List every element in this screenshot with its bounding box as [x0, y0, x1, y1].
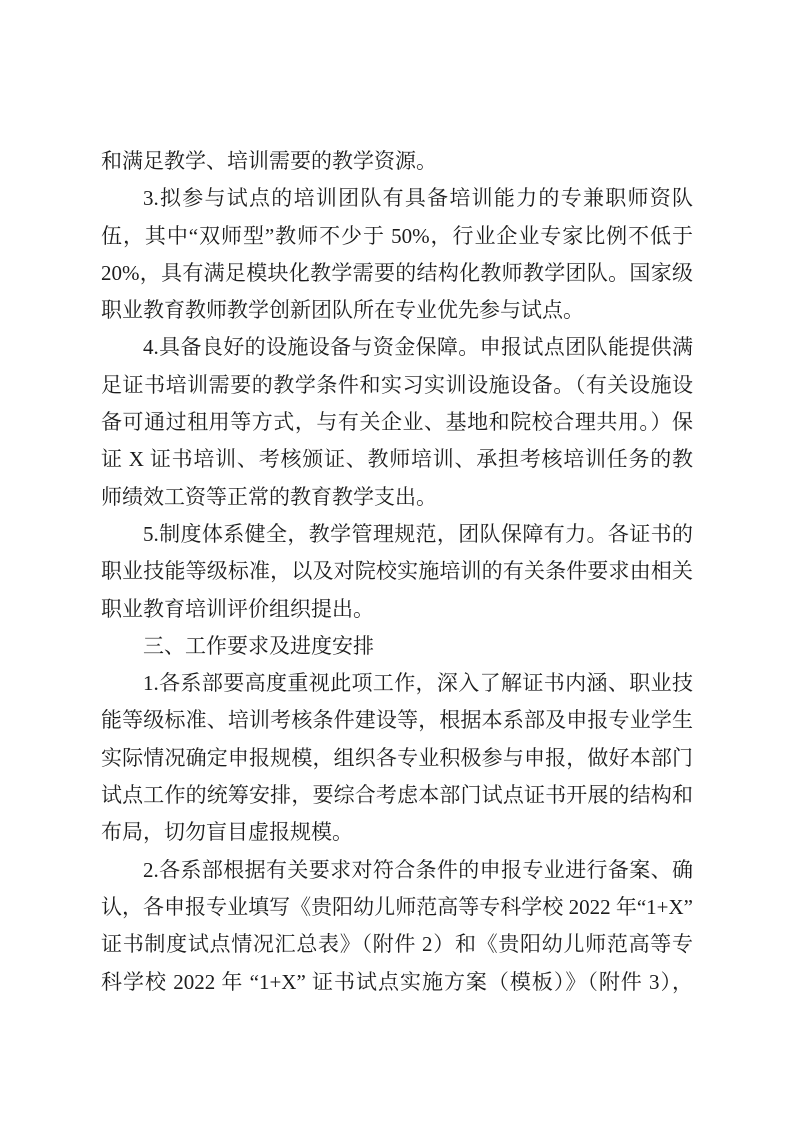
- text-line: 证 X 证书培训、考核颁证、教师培训、承担考核培训任务的教: [101, 441, 693, 478]
- text-line: 足证书培训需要的教学条件和实习实训设施设备。（有关设施设: [101, 367, 693, 404]
- text-line: 1.各系部要高度重视此项工作，深入了解证书内涵、职业技: [101, 665, 693, 702]
- text-line: 伍，其中“双师型”教师不少于 50%，行业企业专家比例不低于: [101, 218, 693, 255]
- text-line: 4.具备良好的设施设备与资金保障。申报试点团队能提供满: [101, 329, 693, 366]
- text-line: 师绩效工资等正常的教育教学支出。: [101, 479, 693, 516]
- document-page: 和满足教学、培训需要的教学资源。 3.拟参与试点的培训团队有具备培训能力的专兼职…: [0, 0, 793, 1122]
- text-line: 试点工作的统筹安排，要综合考虑本部门试点证书开展的结构和: [101, 777, 693, 814]
- text-line: 和满足教学、培训需要的教学资源。: [101, 143, 693, 180]
- text-line: 实际情况确定申报规模，组织各专业积极参与申报，做好本部门: [101, 740, 693, 777]
- section-heading: 三、工作要求及进度安排: [101, 628, 693, 665]
- document-body: 和满足教学、培训需要的教学资源。 3.拟参与试点的培训团队有具备培训能力的专兼职…: [101, 143, 693, 1001]
- text-line: 职业教育培训评价组织提出。: [101, 591, 693, 628]
- text-line: 5.制度体系健全，教学管理规范，团队保障有力。各证书的: [101, 516, 693, 553]
- text-line: 备可通过租用等方式，与有关企业、基地和院校合理共用。）保: [101, 404, 693, 441]
- text-line: 证书制度试点情况汇总表》（附件 2）和《贵阳幼儿师范高等专: [101, 926, 693, 963]
- text-line: 认，各申报专业填写《贵阳幼儿师范高等专科学校 2022 年“1+X”: [101, 889, 693, 926]
- text-line: 科学校 2022 年 “1+X” 证书试点实施方案（模板）》（附件 3），: [101, 964, 693, 1001]
- text-line: 20%，具有满足模块化教学需要的结构化教师教学团队。国家级: [101, 255, 693, 292]
- text-line: 能等级标准、培训考核条件建设等，根据本系部及申报专业学生: [101, 702, 693, 739]
- text-line: 职业教育教师教学创新团队所在专业优先参与试点。: [101, 292, 693, 329]
- text-line: 职业技能等级标准，以及对院校实施培训的有关条件要求由相关: [101, 553, 693, 590]
- text-line: 2.各系部根据有关要求对符合条件的申报专业进行备案、确: [101, 852, 693, 889]
- text-line: 布局，切勿盲目虚报规模。: [101, 814, 693, 851]
- text-line: 3.拟参与试点的培训团队有具备培训能力的专兼职师资队: [101, 180, 693, 217]
